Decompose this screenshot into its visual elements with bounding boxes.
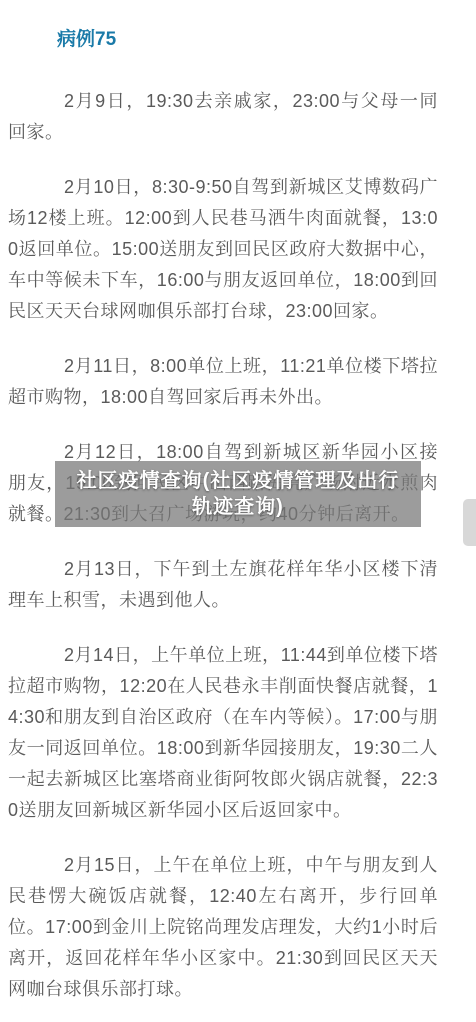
trajectory-paragraph-feb12: 2月12日，18:00自驾到新城区新华园小区接朋友，19:00到回民区中山西路海… <box>8 437 468 530</box>
article-page: 病例75 2月9日，19:30去亲戚家，23:00与父母一同回家。 2月10日，… <box>0 0 476 1022</box>
case-title: 病例75 <box>0 28 476 52</box>
overlay-title-line2: 轨迹查询) <box>192 494 284 520</box>
trajectory-paragraph-feb9: 2月9日，19:30去亲戚家，23:00与父母一同回家。 <box>8 86 468 148</box>
trajectory-paragraph-feb14: 2月14日，上午单位上班，11:44到单位楼下塔拉超市购物，12:20在人民巷永… <box>8 640 468 826</box>
floating-panel-button[interactable] <box>463 499 476 546</box>
trajectory-paragraph-feb13: 2月13日，下午到土左旗花样年华小区楼下清理车上积雪，未遇到他人。 <box>8 554 468 616</box>
overlay-title-line1: 社区疫情查询(社区疫情管理及出行 <box>77 468 400 494</box>
trajectory-paragraph-feb11: 2月11日，8:00单位上班，11:21单位楼下塔拉超市购物，18:00自驾回家… <box>8 351 468 413</box>
page-title-overlay: 社区疫情查询(社区疫情管理及出行 轨迹查询) <box>55 461 421 527</box>
trajectory-paragraph-feb15: 2月15日，上午在单位上班，中午与朋友到人民巷愣大碗饭店就餐，12:40左右离开… <box>8 850 468 1005</box>
trajectory-paragraph-feb10: 2月10日，8:30-9:50自驾到新城区艾博数码广场12楼上班。12:00到人… <box>8 172 468 327</box>
